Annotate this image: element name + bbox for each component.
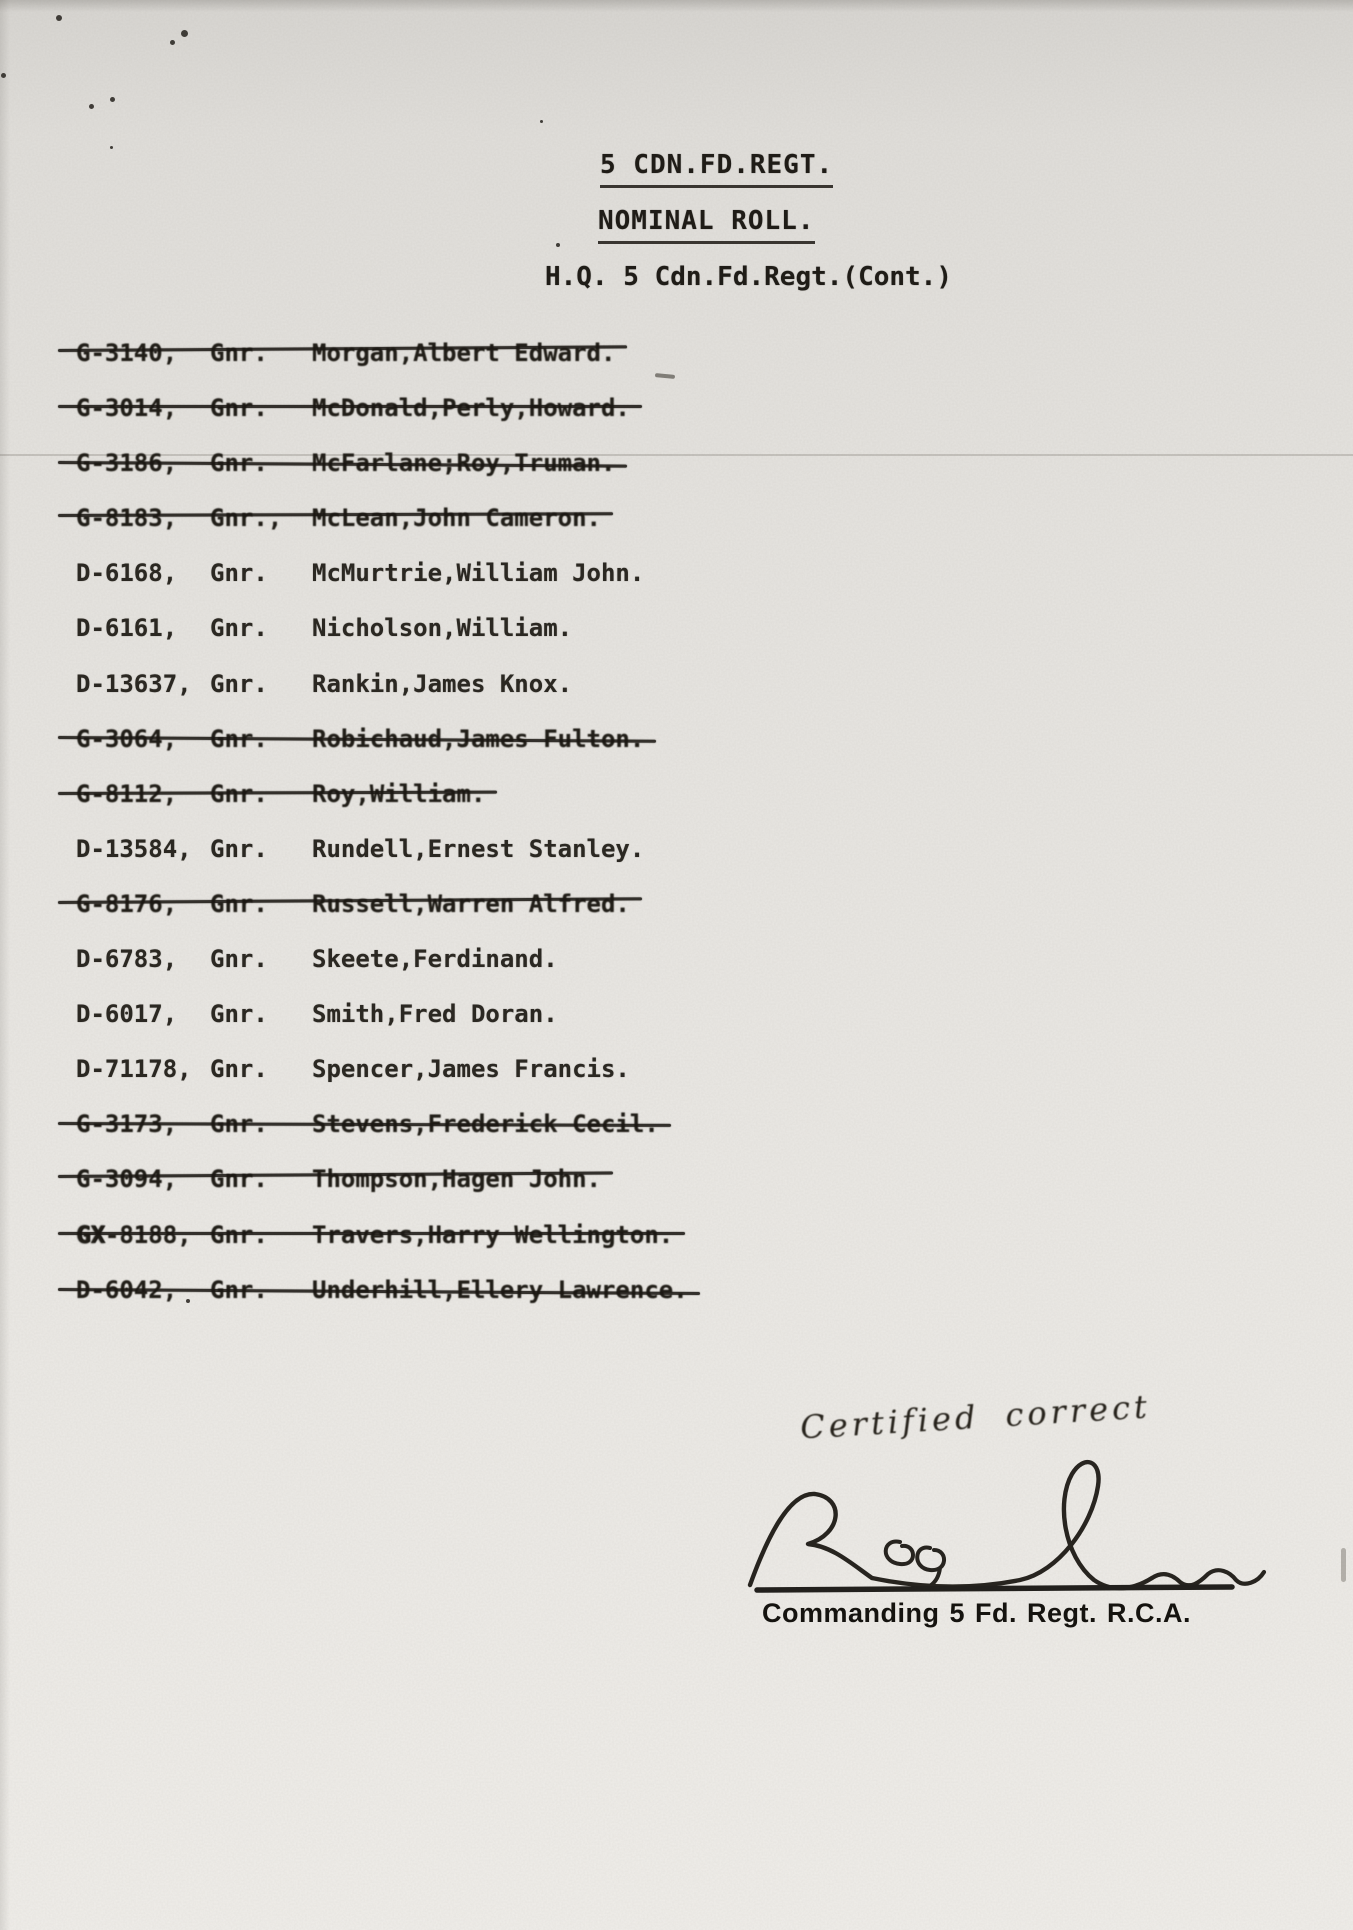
name: McMurtrie,William John. — [312, 559, 644, 587]
rank: Gnr. — [210, 1165, 268, 1193]
roll-entry: G-3173, Gnr. Stevens,Frederick Cecil. — [0, 1095, 1353, 1150]
rank: Gnr. — [210, 559, 268, 587]
strikethrough-line — [58, 405, 642, 408]
service-number: G-3014, — [76, 394, 177, 422]
roll-entry: G-3094, Gnr. Thompson,Hagen John. — [0, 1150, 1353, 1205]
roll-entry: D-6783, Gnr. Skeete,Ferdinand. — [0, 930, 1353, 985]
service-number: G-8176, — [76, 890, 177, 918]
scan-speck — [110, 97, 115, 102]
signature-caption: Commanding 5 Fd. Regt. R.C.A. — [762, 1598, 1191, 1629]
roll-entry: G-8183, Gnr., McLean,John Cameron. — [0, 489, 1353, 544]
scan-speck — [1, 73, 6, 78]
rank: Gnr. — [210, 890, 268, 918]
rank: Gnr. — [210, 1000, 268, 1028]
roll-entry: G-3064, Gnr. Robichaud,James Fulton. — [0, 710, 1353, 765]
nominal-roll-list: G-3140, Gnr. Morgan,Albert Edward. G-301… — [0, 324, 1353, 1316]
rank: Gnr. — [210, 835, 268, 863]
name: Skeete,Ferdinand. — [312, 945, 558, 973]
roll-entry: G-3140, Gnr. Morgan,Albert Edward. — [0, 324, 1353, 379]
service-number: GX-8188, — [76, 1221, 192, 1249]
roll-entry: D-71178, Gnr. Spencer,James Francis. — [0, 1040, 1353, 1095]
document-section-heading: H.Q. 5 Cdn.Fd.Regt.(Cont.) — [545, 262, 952, 292]
roll-entry: D-6168, Gnr. McMurtrie,William John. — [0, 544, 1353, 599]
roll-entry: G-3014, Gnr. McDonald,Perly,Howard. — [0, 379, 1353, 434]
service-number: D-71178, — [76, 1055, 192, 1083]
scan-speck — [56, 15, 62, 21]
document-subtitle: NOMINAL ROLL. — [598, 206, 815, 244]
service-number: D-6783, — [76, 945, 177, 973]
edge-mark-artifact — [1341, 1548, 1346, 1582]
roll-entry: G-8176, Gnr. Russell,Warren Alfred. — [0, 875, 1353, 930]
roll-entry: GX-8188, Gnr. Travers,Harry Wellington. — [0, 1206, 1353, 1261]
roll-entry: D-6161, Gnr. Nicholson,William. — [0, 599, 1353, 654]
roll-entry: D-6042, Gnr. Underhill,Ellery Lawrence. — [0, 1261, 1353, 1316]
document-title: 5 CDN.FD.REGT. — [600, 150, 833, 188]
scan-speck — [181, 30, 188, 37]
roll-entry: D-13584, Gnr. Rundell,Ernest Stanley. — [0, 820, 1353, 875]
scanned-document-page: 5 CDN.FD.REGT. NOMINAL ROLL. H.Q. 5 Cdn.… — [0, 0, 1353, 1930]
service-number: D-6161, — [76, 614, 177, 642]
service-number: D-6017, — [76, 1000, 177, 1028]
service-number: G-8183, — [76, 504, 177, 532]
service-number: D-6168, — [76, 559, 177, 587]
name: Smith,Fred Doran. — [312, 1000, 558, 1028]
roll-entry: D-13637, Gnr. Rankin,James Knox. — [0, 655, 1353, 710]
rank: Gnr. — [210, 945, 268, 973]
rank: Gnr. — [210, 1055, 268, 1083]
scan-speck — [110, 146, 113, 149]
name: Rundell,Ernest Stanley. — [312, 835, 644, 863]
scan-speck — [540, 120, 543, 123]
name: Travers,Harry Wellington. — [312, 1221, 673, 1249]
rank: Gnr., — [210, 504, 282, 532]
service-number: G-3094, — [76, 1165, 177, 1193]
strikethrough-line — [58, 1232, 685, 1235]
name: Morgan,Albert Edward. — [312, 339, 615, 367]
name: Rankin,James Knox. — [312, 670, 572, 698]
rank: Gnr. — [210, 339, 268, 367]
rank: Gnr. — [210, 670, 268, 698]
service-number: D-13637, — [76, 670, 192, 698]
service-number: G-3140, — [76, 339, 177, 367]
name: Nicholson,William. — [312, 614, 572, 642]
scan-speck — [556, 243, 560, 247]
name: Spencer,James Francis. — [312, 1055, 630, 1083]
roll-entry: G-8112, Gnr. Roy,William. — [0, 765, 1353, 820]
service-number: D-13584, — [76, 835, 192, 863]
scan-speck — [170, 40, 175, 45]
rank: Gnr. — [210, 1221, 268, 1249]
roll-entry: D-6017, Gnr. Smith,Fred Doran. — [0, 985, 1353, 1040]
name: Thompson,Hagen John. — [312, 1165, 601, 1193]
name: McDonald,Perly,Howard. — [312, 394, 630, 422]
rank: Gnr. — [210, 394, 268, 422]
name: Russell,Warren Alfred. — [312, 890, 630, 918]
roll-entry: G-3186, Gnr. McFarlane;Roy,Truman. — [0, 434, 1353, 489]
name: McLean,John Cameron. — [312, 504, 601, 532]
scan-speck — [89, 104, 94, 109]
rank: Gnr. — [210, 614, 268, 642]
